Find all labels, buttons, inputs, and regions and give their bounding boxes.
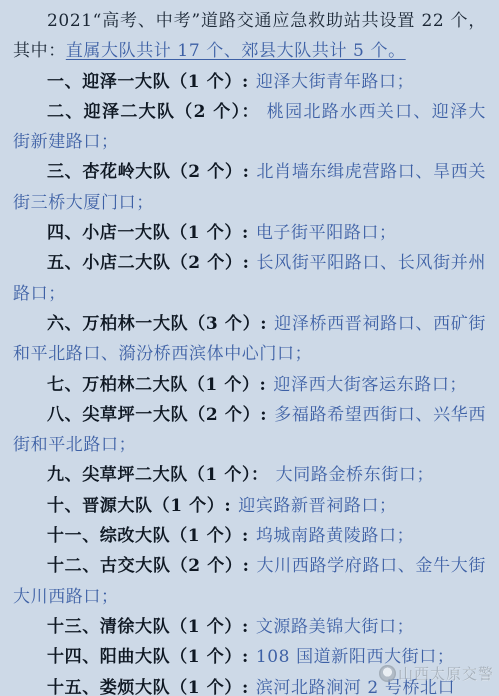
station-locations: 迎泽西大街客运东路口； bbox=[273, 375, 467, 395]
brigade-label: 八、尖草坪一大队（2 个）: bbox=[47, 405, 267, 425]
rescue-station-item-4: 四、小店一大队（1 个）:电子街平阳路口； bbox=[13, 218, 486, 248]
brigade-label: 十二、古交大队（2 个）: bbox=[47, 556, 249, 576]
rescue-station-item-12: 十二、古交大队（2 个）:大川西路学府路口、金牛大街大川西路口； bbox=[13, 551, 486, 612]
brigade-label: 六、万柏林一大队（3 个）: bbox=[47, 314, 267, 334]
brigade-label: 十四、阳曲大队（1 个）: bbox=[47, 647, 249, 667]
station-locations: 大同路金桥东街口； bbox=[276, 465, 434, 485]
station-locations: 电子街平阳路口； bbox=[256, 223, 397, 243]
rescue-station-item-6: 六、万柏林一大队（3 个）:迎泽桥西晋祠路口、西矿街和平北路口、漪汾桥西滨体中心… bbox=[13, 309, 486, 370]
brigade-label: 七、万柏林二大队（1 个）: bbox=[47, 375, 266, 395]
brigade-label: 三、杏花岭大队（2 个）: bbox=[47, 162, 249, 182]
station-locations: 滨河北路涧河 2 号桥北口 bbox=[256, 678, 455, 696]
brigade-label: 九、尖草坪二大队（1 个）： bbox=[47, 465, 269, 485]
rescue-station-item-3: 三、杏花岭大队（2 个）:北肖墙东缉虎营路口、旱西关街三桥大厦门口； bbox=[13, 157, 486, 218]
brigade-label: 四、小店一大队（1 个）: bbox=[47, 223, 249, 243]
rescue-station-item-9: 九、尖草坪二大队（1 个）：大同路金桥东街口； bbox=[13, 460, 486, 490]
rescue-station-item-2: 二、迎泽二大队（2 个）：桃园北路水西关口、迎泽大街新建路口； bbox=[13, 97, 486, 158]
brigade-label: 十一、综改大队（1 个）: bbox=[47, 526, 249, 546]
station-locations: 文源路美锦大街口； bbox=[256, 617, 414, 637]
brigade-label: 十三、清徐大队（1 个）: bbox=[47, 617, 249, 637]
rescue-station-item-14: 十四、阳曲大队（1 个）:108 国道新阳西大街口； bbox=[13, 642, 486, 672]
brigade-label: 五、小店二大队（2 个）: bbox=[47, 253, 249, 273]
station-locations: 108 国道新阳西大街口； bbox=[256, 647, 455, 667]
station-locations: 坞城南路黄陵路口； bbox=[256, 526, 414, 546]
rescue-station-item-10: 十、晋源大队（1 个）:迎宾路新晋祠路口； bbox=[13, 491, 486, 521]
rescue-station-item-1: 一、迎泽一大队（1 个）:迎泽大街青年路口； bbox=[13, 67, 486, 97]
station-locations: 迎泽大街青年路口； bbox=[256, 72, 414, 92]
brigade-label: 一、迎泽一大队（1 个）: bbox=[47, 72, 249, 92]
station-locations: 迎宾路新晋祠路口； bbox=[238, 496, 396, 516]
rescue-station-item-8: 八、尖草坪一大队（2 个）:多福路希望西街口、兴华西街和平北路口； bbox=[13, 400, 486, 461]
brigade-label: 十五、娄烦大队（1 个）: bbox=[47, 678, 249, 696]
intro-summary-underlined: 直属大队共计 17 个、郊县大队共计 5 个。 bbox=[66, 41, 406, 61]
rescue-station-item-13: 十三、清徐大队（1 个）:文源路美锦大街口； bbox=[13, 612, 486, 642]
rescue-station-item-5: 五、小店二大队（2 个）:长风街平阳路口、长风街并州路口； bbox=[13, 248, 486, 309]
rescue-station-item-11: 十一、综改大队（1 个）:坞城南路黄陵路口； bbox=[13, 521, 486, 551]
rescue-station-item-15: 十五、娄烦大队（1 个）:滨河北路涧河 2 号桥北口 bbox=[13, 673, 486, 696]
rescue-station-item-7: 七、万柏林二大队（1 个）:迎泽西大街客运东路口； bbox=[13, 370, 486, 400]
document-page: 2021“高考、中考”道路交通应急救助站共设置 22 个，其中：直属大队共计 1… bbox=[0, 0, 499, 696]
brigade-label: 十、晋源大队（1 个）: bbox=[47, 496, 231, 516]
intro-paragraph: 2021“高考、中考”道路交通应急救助站共设置 22 个，其中：直属大队共计 1… bbox=[13, 6, 486, 67]
brigade-label: 二、迎泽二大队（2 个）： bbox=[47, 102, 260, 122]
